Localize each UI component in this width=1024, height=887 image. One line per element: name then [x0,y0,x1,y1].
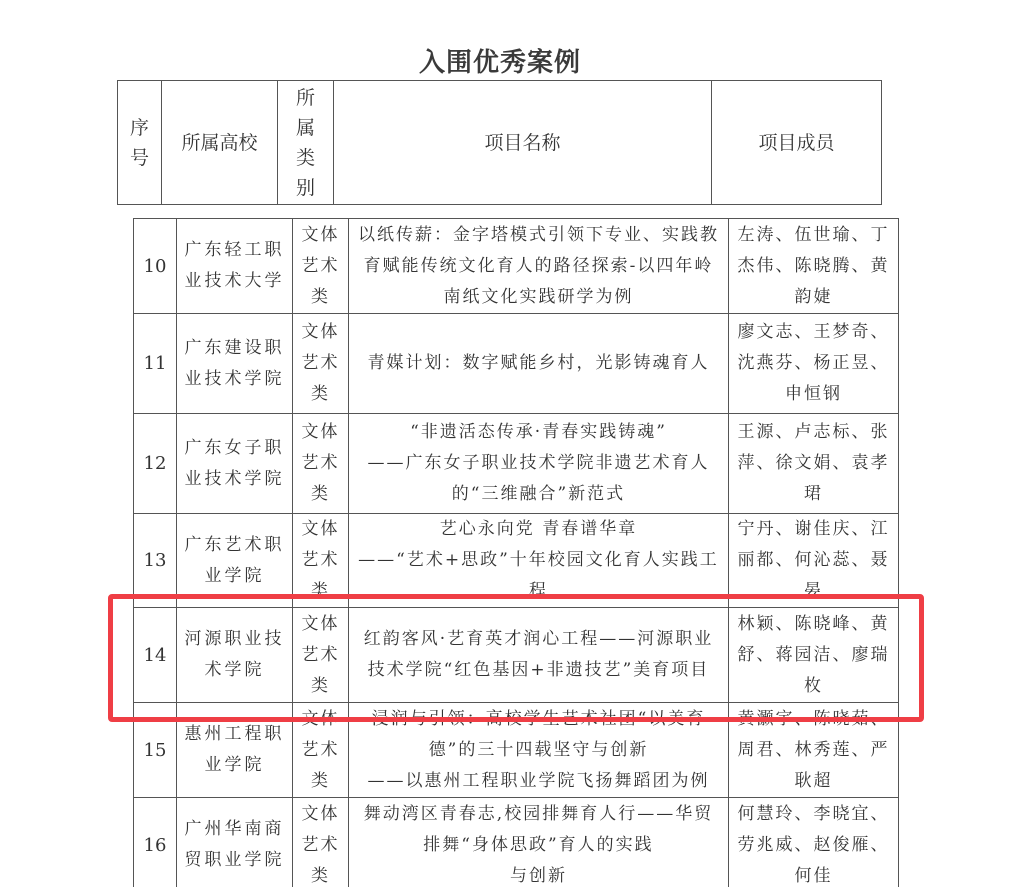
header-school: 所属高校 [162,81,278,205]
table-row: 12 广东女子职业技术学院 文体艺术类 “非遗活态传承·青春实践铸魂” ——广东… [134,414,899,514]
table-row: 15 惠州工程职业学院 文体艺术类 浸润与引领：高校学生艺术社团“以美育德”的三… [134,703,899,798]
cell-project: 青媒计划：数字赋能乡村，光影铸魂育人 [349,314,729,414]
cell-seq: 16 [134,798,177,887]
cell-school: 广东女子职业技术学院 [177,414,293,514]
cell-seq: 10 [134,219,177,314]
table-row-highlighted: 14 河源职业技术学院 文体艺术类 红韵客风·艺育英才润心工程——河源职业技术学… [134,608,899,703]
cell-project: 以纸传薪：金字塔模式引领下专业、实践教育赋能传统文化育人的路径探索-以四年岭南纸… [349,219,729,314]
cell-members: 王源、卢志标、张萍、徐文娟、袁孝珺 [729,414,899,514]
cell-seq: 12 [134,414,177,514]
table-row: 10 广东轻工职业技术大学 文体艺术类 以纸传薪：金字塔模式引领下专业、实践教育… [134,219,899,314]
cell-school: 广东轻工职业技术大学 [177,219,293,314]
cell-seq: 13 [134,514,177,608]
cell-seq: 15 [134,703,177,798]
cell-members: 何慧玲、李晓宜、劳兆威、赵俊雁、何佳 [729,798,899,887]
cell-members: 左涛、伍世瑜、丁杰伟、陈晓腾、黄韵婕 [729,219,899,314]
header-project: 项目名称 [334,81,712,205]
table-header: 序号 所属高校 所属类别 项目名称 项目成员 [117,80,882,205]
cell-members: 黄灏宇、陈晓茹、周君、林秀莲、严耿超 [729,703,899,798]
cell-project: 舞动湾区青春志,校园排舞育人行——华贸排舞“身体思政”育人的实践 与创新 [349,798,729,887]
cell-school: 惠州工程职业学院 [177,703,293,798]
cell-project: 艺心永向党 青春谱华章 ——“艺术+思政”十年校园文化育人实践工程 [349,514,729,608]
cell-school: 广东艺术职业学院 [177,514,293,608]
table-row: 11 广东建设职业技术学院 文体艺术类 青媒计划：数字赋能乡村，光影铸魂育人 廖… [134,314,899,414]
cell-members: 林颖、陈晓峰、黄舒、蒋园洁、廖瑞枚 [729,608,899,703]
cell-project: “非遗活态传承·青春实践铸魂” ——广东女子职业技术学院非遗艺术育人的“三维融合… [349,414,729,514]
document-title: 入围优秀案例 [0,42,1000,79]
cell-school: 河源职业技术学院 [177,608,293,703]
cell-category: 文体艺术类 [293,608,349,703]
cell-project: 浸润与引领：高校学生艺术社团“以美育德”的三十四载坚守与创新 ——以惠州工程职业… [349,703,729,798]
cases-table: 10 广东轻工职业技术大学 文体艺术类 以纸传薪：金字塔模式引领下专业、实践教育… [133,218,899,887]
header-seq: 序号 [118,81,162,205]
header-category: 所属类别 [278,81,334,205]
cell-members: 廖文志、王梦奇、沈燕芬、杨正昱、申恒钢 [729,314,899,414]
cell-seq: 14 [134,608,177,703]
cell-category: 文体艺术类 [293,514,349,608]
cell-school: 广东建设职业技术学院 [177,314,293,414]
cell-category: 文体艺术类 [293,314,349,414]
cell-seq: 11 [134,314,177,414]
cell-members: 宁丹、谢佳庆、江丽都、何沁蕊、聂晏 [729,514,899,608]
cell-category: 文体艺术类 [293,219,349,314]
cell-category: 文体艺术类 [293,414,349,514]
cell-category: 文体艺术类 [293,798,349,887]
header-members: 项目成员 [712,81,882,205]
cell-project: 红韵客风·艺育英才润心工程——河源职业技术学院“红色基因+非遗技艺”美育项目 [349,608,729,703]
table-row: 13 广东艺术职业学院 文体艺术类 艺心永向党 青春谱华章 ——“艺术+思政”十… [134,514,899,608]
cell-school: 广州华南商贸职业学院 [177,798,293,887]
table-row: 16 广州华南商贸职业学院 文体艺术类 舞动湾区青春志,校园排舞育人行——华贸排… [134,798,899,887]
cell-category: 文体艺术类 [293,703,349,798]
